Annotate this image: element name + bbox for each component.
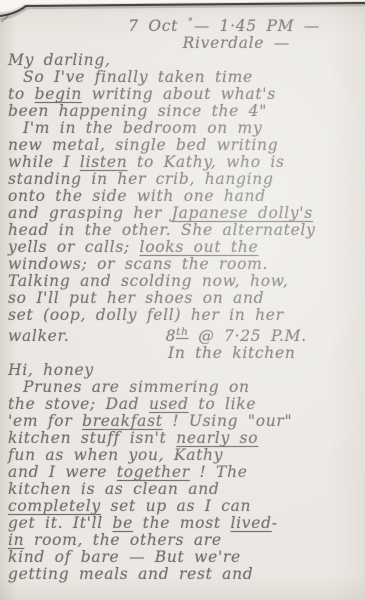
letter-line-segment: so I'll put her shoes on and [8,289,264,307]
letter-body: 7 Oct °— 1·45 PM —Riverdale —My darling,… [8,14,360,583]
letter-line-body: So I've finally taken time [8,69,360,86]
letter-line-segment: th [176,326,188,338]
letter-line-segment: Prunes are simmering on [23,378,250,396]
letter-line-segment: 8 [166,327,177,345]
letter-line-segment: kitchen is as clean and [8,480,220,498]
letter-line-segment: and grasping her [8,204,172,222]
letter-line-segment: ! Using "our" [163,412,293,430]
letter-line-segment: I'm in the bedroom on my [23,119,262,137]
letter-line-segment: @ 7·25 P.M. [189,327,307,345]
letter-line-segment: standing in her crib, hanging [8,170,274,188]
letter-line-segment: fun as when you, Kathy [8,446,223,464]
letter-line-body: to begin writing about what's [8,86,360,103]
letter-line-body: standing in her crib, hanging [8,171,360,188]
letter-line-segment: In the kitchen [168,344,296,362]
letter-line-segment: get it. It'll [8,514,113,532]
letter-line-body: and grasping her Japanese dolly's [8,205,360,222]
letter-line-segment: walker. [8,327,70,345]
letter-line-segment: breakfast [82,412,163,430]
letter-line-body: Prunes are simmering on [8,379,360,396]
letter-line-segment: head in the other. She alternately [8,221,316,239]
letter-line-body: onto the side with one hand [8,188,360,205]
letter-line-segment: yells or calls; [8,238,140,256]
letter-line-segment: been happening since the 4" [8,102,267,120]
letter-line-segment: - [272,514,278,532]
letter-line-segment: to [8,85,35,103]
letter-line-segment: listen [80,153,127,171]
letter-line-segment: to like [189,395,257,413]
letter-line-segment: 'em for [8,412,82,430]
letter-line-body: so I'll put her shoes on and [8,290,360,307]
letter-line-body: while I listen to Kathy, who is [8,154,360,171]
letter-line-body: head in the other. She alternately [8,222,360,239]
letter-line-body: in room, the others are [8,532,360,549]
letter-line-body: kitchen is as clean and [8,481,360,498]
letter-line-segment: My darling, [8,51,111,69]
letter-line-body: yells or calls; looks out the [8,239,360,256]
letter-line-body: Talking and scolding now, how, [8,273,360,290]
letter-line-body-with-time: walker.8th @ 7·25 P.M. [8,324,360,345]
letter-line-segment: room, the others are [24,531,221,549]
letter-line-segment: writing about what's [82,85,276,103]
letter-line-segment: set up as I can [101,497,251,515]
letter-line-body: and I were together ! The [8,464,360,481]
letter-line-body: kitchen stuff isn't nearly so [8,430,360,447]
letter-line-time-heading: In the kitchen [8,345,360,362]
letter-line-segment: be [113,514,134,532]
letter-line-segment: kitchen stuff isn't [8,429,176,447]
letter-line-segment: to Kathy, who is [127,153,284,171]
letter-line-body: getting meals and rest and [8,566,360,583]
letter-line-body: the stove; Dad used to like [8,396,360,413]
letter-line-segment: begin [35,85,82,103]
letter-line-segment: while I [8,153,80,171]
letter-line-segment: So I've finally taken time [23,68,253,86]
letter-line-body: fun as when you, Kathy [8,447,360,464]
letter-page: { "letter": { "kind": "handwritten-lette… [0,0,365,600]
letter-line-segment: the stove; Dad [8,395,149,413]
letter-line-body: kind of bare — But we're [8,549,360,566]
letter-line-body: been happening since the 4" [8,103,360,120]
letter-line-body: set (oop, dolly fell) her in her [8,307,360,324]
letter-line-segment: together [117,463,190,481]
letter-line-segment: onto the side with one hand [8,187,266,205]
letter-line-body: I'm in the bedroom on my [8,120,360,137]
letter-line-segment: windows; or scans the room. [8,255,268,273]
letter-line-segment: lived [230,514,271,532]
letter-line-segment: Talking and scolding now, how, [8,272,289,290]
letter-line-segment: new metal, single bed writing [8,136,278,154]
letter-line-segment: ! The [190,463,248,481]
letter-line-segment: nearly so [176,429,258,447]
letter-line-segment: kind of bare — But we're [8,548,241,566]
letter-line-body: get it. It'll be the most lived- [8,515,360,532]
letter-line-body: new metal, single bed writing [8,137,360,154]
letter-line-segment: used [149,395,189,413]
paper-top-edge [0,0,365,26]
letter-line-segment: set (oop, dolly fell) her in her [8,306,284,324]
letter-line-body: windows; or scans the room. [8,256,360,273]
letter-line-segment: Hi, honey [8,361,94,379]
paper-edge-shadow [0,5,365,19]
letter-line-placeline: Riverdale — [8,35,360,52]
letter-line-body: completely set up as I can [8,498,360,515]
letter-line-segment: completely [8,497,101,515]
letter-line-segment: Japanese dolly's [172,204,313,222]
letter-line-segment: looks out the [140,238,259,256]
letter-line-salutation: Hi, honey [8,362,360,379]
letter-line-segment: getting meals and rest and [8,565,253,583]
letter-line-body: 'em for breakfast ! Using "our" [8,413,360,430]
letter-line-segment: Riverdale — [183,34,290,52]
letter-line-segment: the most [133,514,230,532]
letter-line-segment: in [8,531,24,549]
letter-line-segment: and I were [8,463,117,481]
letter-line-salutation: My darling, [8,52,360,69]
